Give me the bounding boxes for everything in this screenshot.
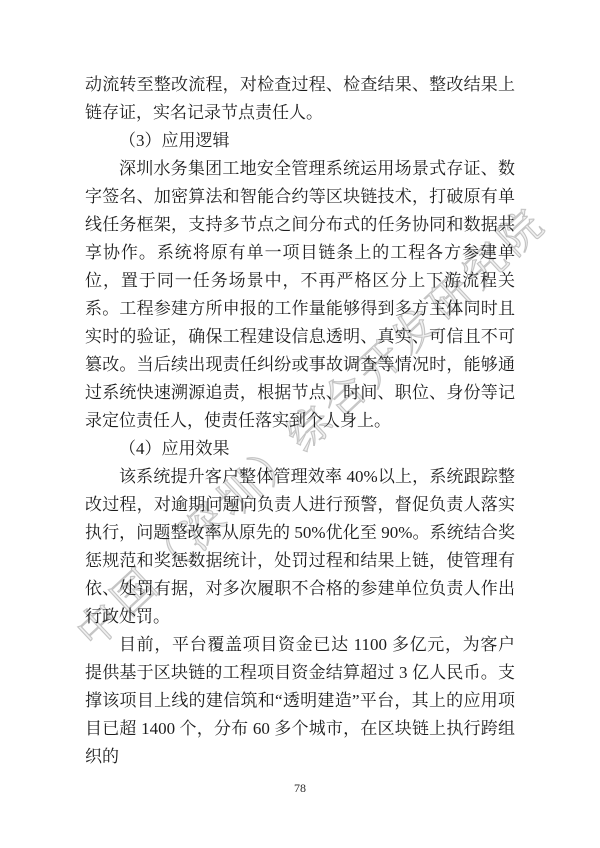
body-paragraph: 动流转至整改流程，对检查过程、检查结果、整改结果上链存证，实名记录节点责任人。 (85, 71, 515, 127)
body-paragraph: （3）应用逻辑 (85, 127, 515, 155)
document-page: { "page": { "page_number": "78", "waterm… (0, 0, 600, 848)
body-paragraph: 该系统提升客户整体管理效率 40%以上，系统跟踪整改过程，对逾期问题向负责人进行… (85, 463, 515, 631)
page-body: 动流转至整改流程，对检查过程、检查结果、整改结果上链存证，实名记录节点责任人。（… (85, 71, 515, 771)
body-paragraph: 深圳水务集团工地安全管理系统运用场景式存证、数字签名、加密算法和智能合约等区块链… (85, 155, 515, 435)
page-number: 78 (0, 781, 600, 796)
page-background: 中国（深圳）综合开发研究院 动流转至整改流程，对检查过程、检查结果、整改结果上链… (0, 0, 600, 848)
body-paragraph: 目前，平台覆盖项目资金已达 1100 多亿元，为客户提供基于区块链的工程项目资金… (85, 631, 515, 771)
body-paragraph: （4）应用效果 (85, 435, 515, 463)
